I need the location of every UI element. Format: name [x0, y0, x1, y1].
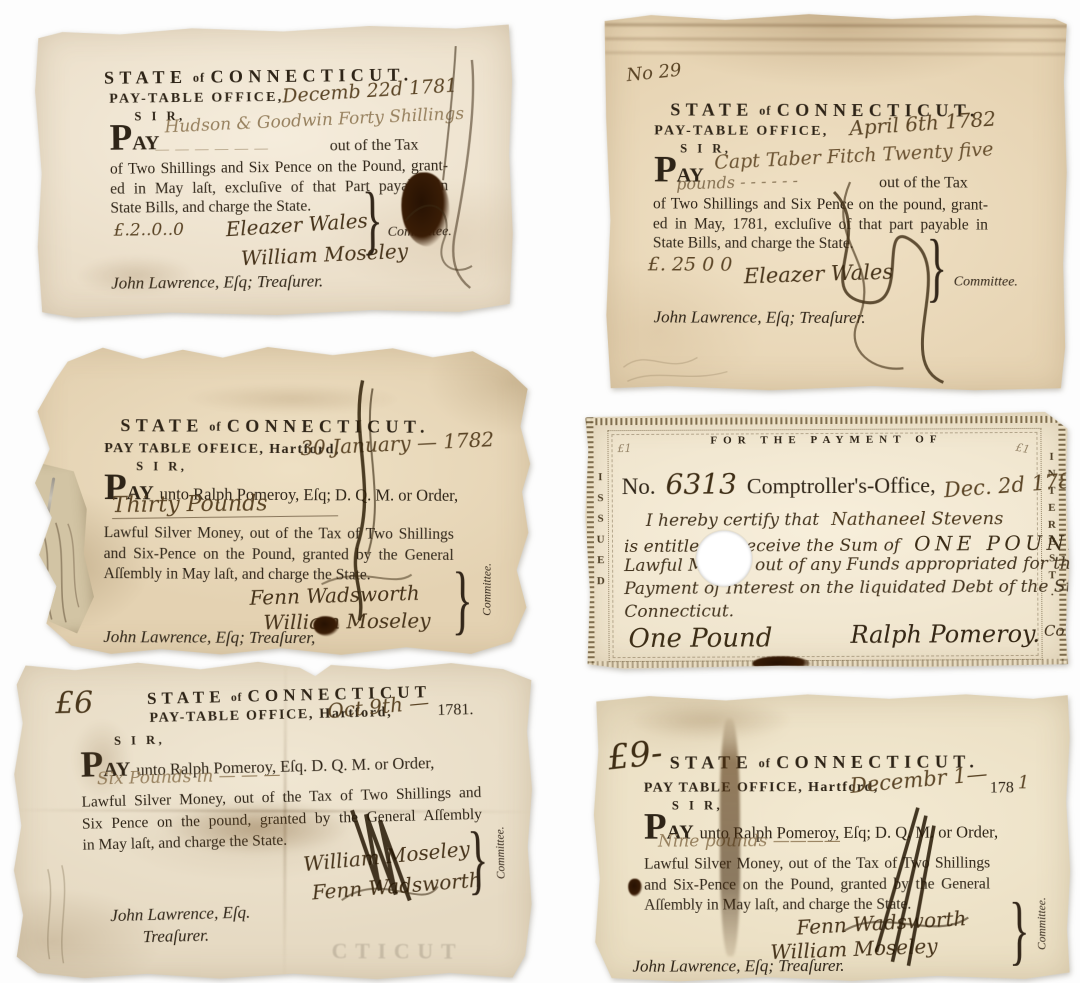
document-pay-order-1782-taber-fitch: No 29 STATEofCONNECTICUT. PAY-TABLE OFFI… [603, 11, 1068, 393]
pen-scribble [822, 802, 973, 973]
fold-crease [605, 37, 1069, 42]
title-word: STATE [147, 687, 226, 708]
handwritten-payee: Nathaneel Stevens [831, 508, 1003, 530]
office-line: PAY-TABLE OFFICE, [109, 90, 283, 108]
torn-flap-fragment [17, 456, 97, 637]
handwritten-year-digit: 1 [1018, 773, 1030, 794]
treasurer-line: John Lawrence, Eſq; Treaſurer. [632, 956, 844, 976]
ghost-bleedthrough-text: CTICUT [331, 938, 463, 964]
committee-label: Committee. [494, 826, 509, 879]
committee-brace: } [452, 566, 473, 636]
document-comptrollers-certificate-1789: ISSUED INTEREST. FOR THE PAYMENT OF £1 £… [583, 411, 1070, 671]
office-line: PAY TABLE OFFICE, Hartford, [644, 780, 879, 797]
fold-crease [605, 23, 1069, 28]
document-pay-order-1782-pomeroy-thirty: STATEofCONNECTICUT. PAY TABLE OFEICE, Ha… [31, 343, 533, 658]
body-line: Lawful Money, out of any Funds appropria… [624, 555, 1080, 577]
committee-label: Committee. [481, 563, 494, 616]
ghost-bleedthrough [182, 383, 402, 414]
handwritten-date: Dec. 2d 1789 [943, 468, 1080, 503]
pen-scribble [322, 790, 442, 920]
title-word: STATE [104, 67, 188, 88]
committee-brace: } [467, 826, 490, 896]
office-label: Comptroller's-Office, [747, 472, 936, 498]
handwritten-amount: £. 25 0 0 [648, 254, 733, 276]
ink-blot [313, 616, 339, 636]
signature-ralph-pomeroy: Ralph Pomeroy. [850, 620, 1040, 649]
title-word: STATE [670, 752, 753, 772]
title-word: STATE [120, 415, 203, 435]
ink-blot [753, 656, 811, 672]
denomination-one-pound: One Pound [628, 624, 772, 655]
body-line: Payment of Interest on the liquidated De… [624, 577, 1080, 599]
treasurer-line: John Lawrence, Eſq; Treaſurer, [103, 627, 315, 648]
ghost-bleedthrough [632, 700, 792, 741]
printed-year: 1781. [437, 701, 473, 720]
handwritten-amount-words: Nine pounds ———— [658, 832, 841, 852]
sum-amount-words: ONE POUND [914, 531, 1080, 556]
treasurer-line: John Lawrence, Eſq. [110, 903, 251, 926]
pen-flourish [384, 40, 497, 301]
printed-year: 178 [990, 779, 1014, 797]
paper-stain [162, 800, 352, 856]
pay-line: PAY [109, 117, 159, 160]
faint-script-squiggles [29, 839, 89, 969]
paper-stain [72, 719, 132, 799]
document-pay-order-1781-pomeroy-nine: £9- STATEofCONNECTICUT. PAY TABLE OFFICE… [591, 691, 1072, 983]
handwritten-corner-amount: £9- [606, 734, 665, 779]
certify-line: I hereby certify that Nathaneel Stevens [646, 509, 1004, 532]
title-word-of: of [193, 71, 205, 85]
handwritten-number: No 29 [626, 61, 683, 87]
handwritten-payee: Capt Taber Fitch Twenty five [714, 139, 994, 174]
treasurer-line-2: Treaſurer. [143, 926, 210, 947]
pay-word: PAY [109, 117, 159, 160]
handwritten-corner-amount: £6 [55, 686, 94, 721]
banner-for-the-payment-of: FOR THE PAYMENT OF [583, 433, 1069, 448]
document-pay-order-1781-pomeroy-six: £6 STATEofCONNECTICUT PAY-TABLE OFFICE, … [11, 659, 534, 981]
corner-denomination-mark: £1 [617, 443, 631, 456]
committee-label: Committee. [1036, 897, 1049, 950]
ink-streak-stain [720, 718, 741, 956]
number-label: No. [622, 474, 656, 499]
signature-william-moseley: William Moseley [240, 240, 408, 271]
certify-lead: I hereby certify that [646, 510, 819, 531]
title-word: STATE [670, 99, 753, 119]
pen-flourish [753, 172, 1004, 393]
committee-brace: } [1009, 896, 1030, 966]
ink-blot [628, 879, 642, 897]
title-word-of: of [209, 420, 221, 434]
office-line: PAY-TABLE OFFICE, [654, 123, 828, 140]
handwritten-dashes: — — — — — — [155, 140, 269, 158]
comptroller-signature: Ralph Pomeroy. Compt. [850, 621, 1080, 650]
title-word-of: of [231, 691, 243, 704]
body-line: Connecticut. [624, 602, 734, 622]
committee-brace: } [362, 186, 384, 256]
vertical-issued-label: ISSUED [594, 471, 607, 631]
faint-script-squiggles [25, 487, 92, 631]
title-word-of: of [759, 756, 771, 770]
comptroller-title: Compt. [1044, 622, 1080, 640]
title-word-of: of [759, 104, 771, 118]
ornate-border-top [585, 416, 1067, 426]
number-and-office-line: No. 6313 Comptroller's-Office, Dec. 2d 1… [622, 467, 1080, 502]
document-pay-order-1781-hudson-goodwin: STATEofCONNECTICUT. PAY-TABLE OFFICE, De… [33, 21, 516, 320]
cancellation-punch-hole [696, 530, 752, 586]
corner-denomination-mark: £1 [1014, 442, 1030, 457]
faint-pencil-marks [617, 327, 737, 387]
handwritten-number: 6313 [665, 467, 736, 500]
handwritten-amount: £.2..0..0 [114, 221, 184, 241]
fold-crease [605, 51, 1069, 56]
scanned-documents-sheet: STATEofCONNECTICUT. PAY-TABLE OFFICE, De… [0, 0, 1080, 983]
